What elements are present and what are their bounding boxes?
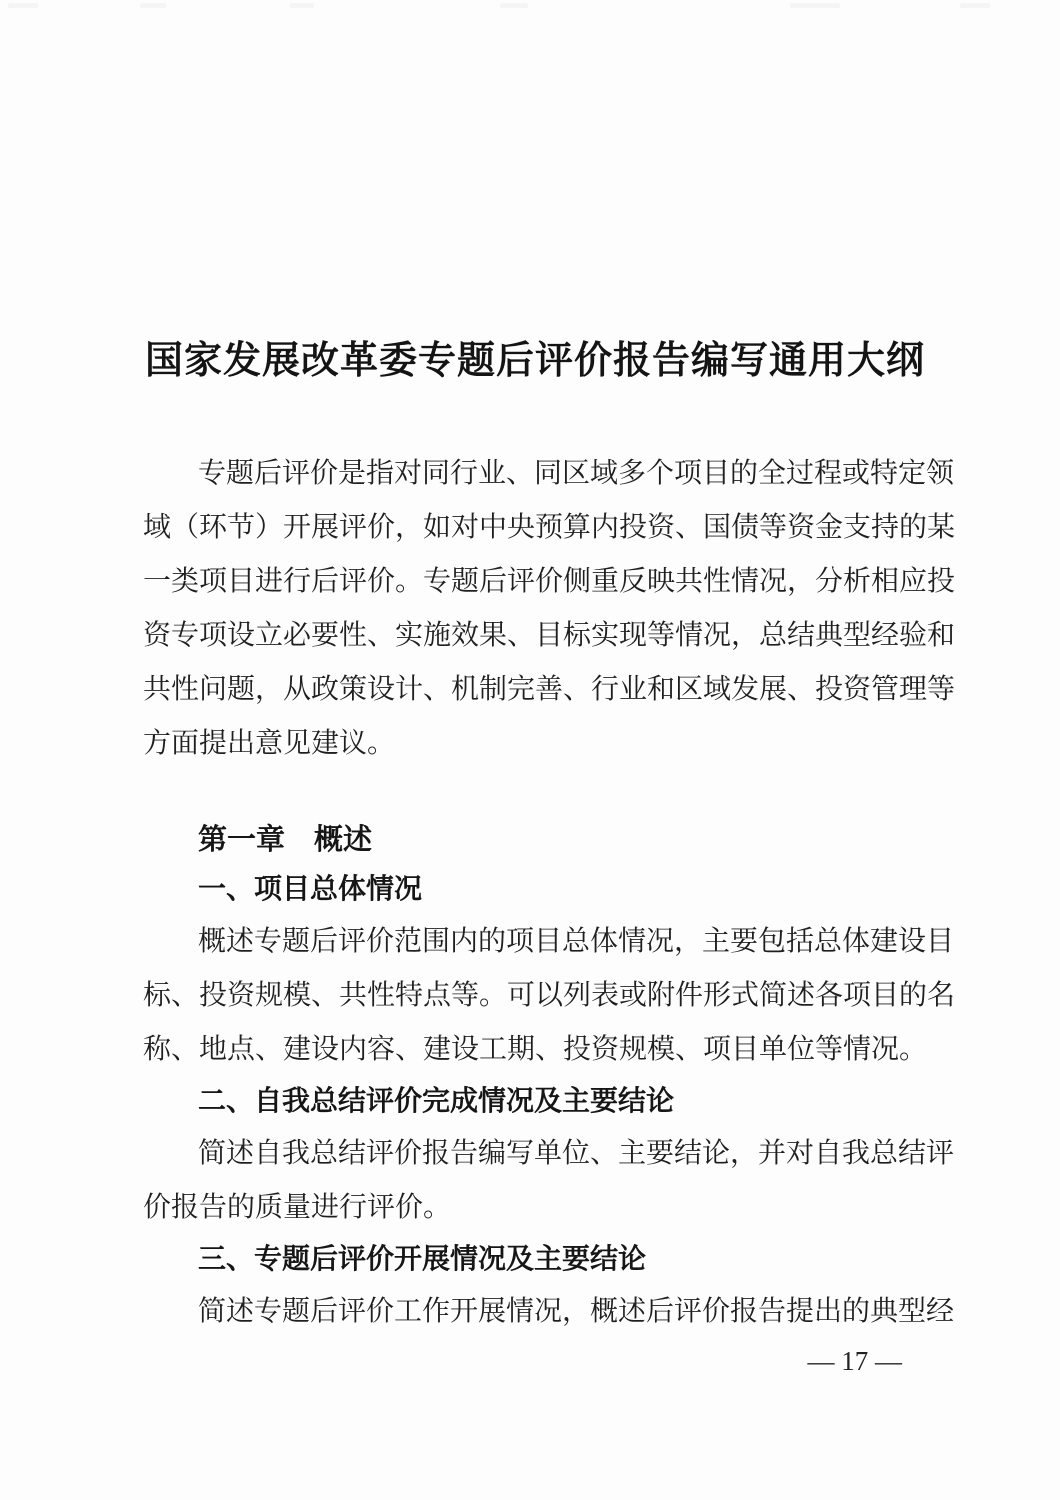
paragraph-line: 域（环节）开展评价，如对中央预算内投资、国债等资金支持的某 [143,501,927,555]
section-2: 二、自我总结评价完成情况及主要结论 简述自我总结评价报告编写单位、主要结论，并对… [143,1077,927,1235]
paragraph-line: 方面提出意见建议。 [143,717,927,771]
chapter-heading: 第一章 概述 [143,815,927,865]
paragraph-line: 资专项设立必要性、实施效果、目标实现等情况，总结典型经验和 [143,609,927,663]
paragraph-line: 称、地点、建设内容、建设工期、投资规模、项目单位等情况。 [143,1023,927,1077]
section-heading: 三、专题后评价开展情况及主要结论 [143,1235,927,1285]
section-1: 一、项目总体情况 概述专题后评价范围内的项目总体情况，主要包括总体建设目 标、投… [143,865,927,1077]
page-number: — 17 — [143,1341,927,1381]
paragraph-line: 专题后评价是指对同行业、同区域多个项目的全过程或特定领 [143,447,927,501]
paragraph-line: 概述专题后评价范围内的项目总体情况，主要包括总体建设目 [143,915,927,969]
document-title: 国家发展改革委专题后评价报告编写通用大纲 [143,0,927,385]
paragraph-line: 共性问题，从政策设计、机制完善、行业和区域发展、投资管理等 [143,663,927,717]
paragraph-line: 价报告的质量进行评价。 [143,1181,927,1235]
intro-paragraph: 专题后评价是指对同行业、同区域多个项目的全过程或特定领 域（环节）开展评价，如对… [143,447,927,771]
section-3: 三、专题后评价开展情况及主要结论 简述专题后评价工作开展情况，概述后评价报告提出… [143,1235,927,1339]
section-heading: 二、自我总结评价完成情况及主要结论 [143,1077,927,1127]
paragraph-line: 简述自我总结评价报告编写单位、主要结论，并对自我总结评 [143,1127,927,1181]
section-heading: 一、项目总体情况 [143,865,927,915]
text-column: 国家发展改革委专题后评价报告编写通用大纲 专题后评价是指对同行业、同区域多个项目… [0,0,1060,1381]
paragraph-line: 简述专题后评价工作开展情况，概述后评价报告提出的典型经 [143,1285,927,1339]
paragraph-line: 标、投资规模、共性特点等。可以列表或附件形式简述各项目的名 [143,969,927,1023]
document-page: 国家发展改革委专题后评价报告编写通用大纲 专题后评价是指对同行业、同区域多个项目… [0,0,1060,1500]
paragraph-line: 一类项目进行后评价。专题后评价侧重反映共性情况，分析相应投 [143,555,927,609]
